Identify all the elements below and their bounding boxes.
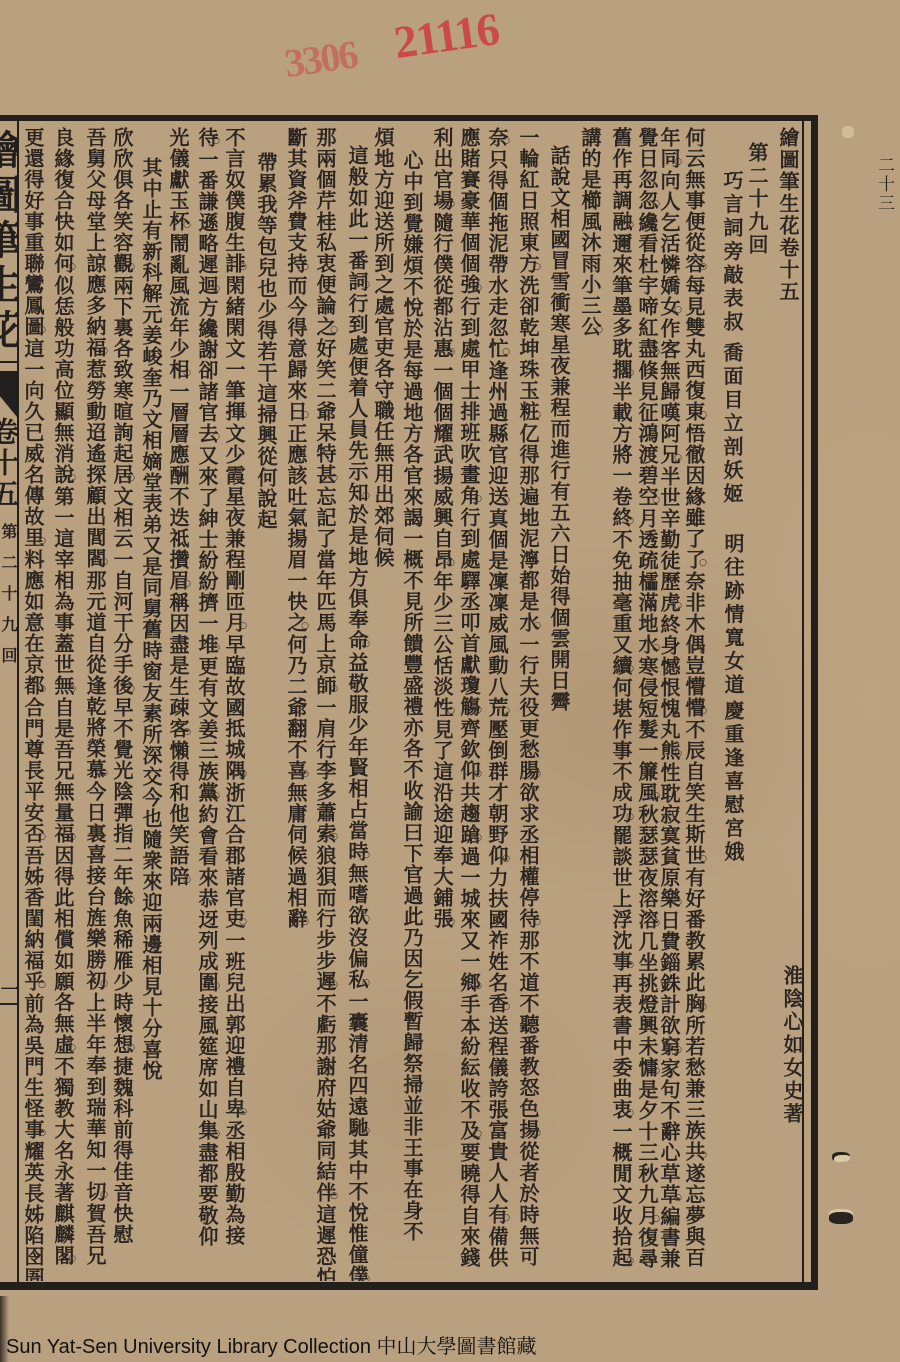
punctuation-mark: ○ [673,1193,682,1203]
punctuation-mark: ○ [501,136,510,146]
punctuation-mark: ○ [673,305,682,315]
punctuation-mark: ○ [211,432,220,442]
punctuation-mark: ○ [211,284,220,294]
text-column: 講的是櫛風沐雨小三公○ [577,127,603,1281]
punctuation-mark: ○ [501,854,510,864]
punctuation-mark: ○ [238,917,247,927]
punctuation-mark: ○ [532,1128,541,1138]
punctuation-mark: ○ [361,491,370,501]
punctuation-mark: ○ [651,643,660,653]
punctuation-mark: ○ [126,684,135,694]
library-stamp-number: 21116 [391,2,502,69]
punctuation-mark: ○ [37,832,46,842]
spine-page-number: 一 [0,979,17,999]
punctuation-mark: ○ [182,579,191,589]
punctuation-mark: ○ [625,220,634,230]
punctuation-mark: ○ [651,347,660,357]
punctuation-mark: ○ [329,1191,338,1201]
spine: 繪圖筆生花 卷十五 第二十九回 一 [0,121,17,1282]
punctuation-mark: ○ [182,220,191,230]
punctuation-mark: ○ [67,1254,76,1264]
punctuation-mark: ○ [532,917,541,927]
punctuation-mark: ○ [698,558,707,568]
book-title: 繪圖筆生花卷十五 [775,127,801,327]
text-column: 光儀獻玉杯○鬧亂風流年少相○一層層應酬不迭祗攢眉○稱因盡是生疎客○懶得和他笑語陪… [165,127,191,1281]
punctuation-mark: ○ [238,769,247,779]
spine-book-title: 繪圖筆生花 [0,129,17,354]
punctuation-mark: ○ [446,199,455,209]
frame-right-border [811,115,818,1290]
punctuation-mark: ○ [473,283,482,293]
punctuation-mark: ○ [532,621,541,631]
library-stamp-faint: 3306 [281,30,359,87]
punctuation-mark: ○ [238,262,247,272]
text-column: 不言奴僕腹生誹○閑緒閑文一筆揮○文少霞星夜兼程剛匝月○早臨故國抵城隅○浙江合郡諸… [221,127,247,1281]
punctuation-mark: ○ [698,706,707,716]
punctuation-mark: ○ [446,558,455,568]
punctuation-mark: ○ [673,453,682,463]
punctuation-mark: ○ [238,410,247,420]
punctuation-mark: ○ [625,812,634,822]
text-column: 心中到覺嫌煩不悅於是每過地方各官來謁一概不見所饋豐盛禮亦各不收諭曰下官過此乃因乞… [399,150,425,1281]
punctuation-mark: ○ [446,917,455,927]
spine-divider-line [17,121,19,1282]
punctuation-mark: ○ [532,262,541,272]
punctuation-mark: ○ [361,1126,370,1136]
text-column: 其中止有新科解元姜峻奎乃文相嫡堂表弟又是同舅舊時窗友素所深交今也隨衆來迎兩邊相見… [138,157,164,1281]
punctuation-mark: ○ [182,727,191,737]
punctuation-mark: ○ [126,895,135,905]
author-credit: 淮陰心如女史著 [779,965,805,1145]
punctuation-mark: ○ [37,536,46,546]
spine-fishtail-mark [0,371,17,417]
punctuation-mark: ○ [446,347,455,357]
text-column: 斷其資斧費支持○而今得意歸來日○正應該吐氣揚眉一快之○何乃二爺翻不喜○無庸伺候過… [283,127,309,1281]
punctuation-mark: ○ [99,557,108,567]
punctuation-mark: ○ [473,981,482,991]
handwritten-margin-note: 二十三 [872,156,897,213]
text-column: 利出官場○隨行僕從都沾惠○一個個耀武揚威興自昂○年少三公恬淡性○見了這沿途迎奉大… [429,127,455,1281]
punctuation-mark: ○ [698,410,707,420]
text-column: 待○一番謙遜略遲迴○方纔謝卻諸官去○又來了紳士紛紛擠一堆○更有文姜三族黨○約會看… [194,127,220,1281]
punctuation-mark: ○ [361,914,370,924]
punctuation-mark: ○ [361,850,370,860]
punctuation-mark: ○ [300,262,309,272]
punctuation-mark: ○ [211,1129,220,1139]
punctuation-mark: ○ [594,325,603,335]
spine-rule-top [0,361,17,363]
punctuation-mark: ○ [182,368,191,378]
punctuation-mark: ○ [126,262,135,272]
wormhole-mark [842,126,854,138]
frame-bottom-border [0,1282,818,1290]
frame-top-border [0,115,818,121]
chapter-couplet: 慶重逢喜慰宮娥 [720,700,746,870]
punctuation-mark: ○ [651,918,660,928]
punctuation-mark: ○ [698,854,707,864]
punctuation-mark: ○ [673,601,682,611]
punctuation-mark: ○ [446,706,455,716]
spine-rule-bottom [0,1003,17,1005]
chapter-couplet: 巧言詞旁敲表叔 [719,170,745,340]
punctuation-mark: ○ [625,960,634,970]
punctuation-mark: ○ [329,684,338,694]
punctuation-mark: ○ [99,1190,108,1200]
punctuation-mark: ○ [67,262,76,272]
punctuation-mark: ○ [99,346,108,356]
punctuation-mark: ○ [651,1066,660,1076]
punctuation-mark: ○ [501,706,510,716]
punctuation-mark: ○ [126,1043,135,1053]
punctuation-mark: ○ [211,981,220,991]
punctuation-mark: ○ [651,495,660,505]
punctuation-mark: ○ [625,664,634,674]
punctuation-mark: ○ [673,897,682,907]
text-column: 話說文相國冒雪衝寒星夜兼程而進行有五六日始得個雲開日霽 [546,145,572,1281]
text-column: 舊作再調融○邇來筆墨多耽擱○半載方將一卷終○不免抽毫重又續○何堪作事不成功○罷談… [608,127,634,1281]
punctuation-mark: ○ [473,833,482,843]
punctuation-mark: ○ [211,136,220,146]
punctuation-mark: ○ [698,262,707,272]
punctuation-mark: ○ [625,1108,634,1118]
collection-watermark: Sun Yat-Sen University Library Collectio… [6,1330,537,1359]
punctuation-mark: ○ [651,199,660,209]
punctuation-mark: ○ [300,769,309,779]
punctuation-mark: ○ [473,1129,482,1139]
punctuation-mark: ○ [625,1256,634,1266]
chapter-couplet: 明往跡情寬女道 [720,533,746,703]
punctuation-mark: ○ [329,832,338,842]
punctuation-mark: ○ [67,684,76,694]
punctuation-mark: ○ [625,516,634,526]
punctuation-mark: ○ [673,749,682,759]
punctuation-mark: ○ [211,791,220,801]
punctuation-mark: ○ [625,368,634,378]
chapter-couplet: 喬面目立剖妖姬 [719,342,745,512]
punctuation-mark: ○ [99,979,108,989]
text-column: 那兩個芹桂私衷便論之○好笑二爺呆特甚○忘記了當年匹馬上京師○一肩行李多蕭索○狼狽… [312,127,338,1281]
text-column: 奈○只得個拖泥帶水走忽忙○逢州過縣官迎送○真個是凜凜威風動八荒○壓倒群才朝野仰○… [484,127,510,1281]
punctuation-mark: ○ [238,1107,247,1117]
wormhole-mark [829,1212,853,1224]
punctuation-mark: ○ [99,768,108,778]
text-column: 欣欣俱各笑容觀○兩下裏各致寒暄詢起居○文相云一自河干分手後○早不覺光陰彈指二年餘… [109,127,135,1281]
punctuation-mark: ○ [238,621,247,631]
punctuation-mark: ○ [532,769,541,779]
spine-volume: 卷十五 [0,417,17,510]
punctuation-mark: ○ [532,410,541,420]
text-column: 更還得好事重聯鸞鳳圖○這一向久已威名傳故里○料應如意在京都○合門尊長平安否○吾姊… [20,127,46,1281]
wormhole-mark [832,1152,850,1162]
punctuation-mark: ○ [698,1002,707,1012]
punctuation-mark: ○ [182,875,191,885]
punctuation-mark: ○ [67,1043,76,1053]
punctuation-mark: ○ [361,1274,370,1281]
punctuation-mark: ○ [501,347,510,357]
punctuation-mark: ○ [126,473,135,483]
punctuation-mark: ○ [473,705,482,715]
punctuation-mark: ○ [67,473,76,483]
text-column: 良緣復合快如何○似恁般功高位顯無消說○第一這宰相為事蓋世無○自是吾兄無量福○因得… [50,127,76,1281]
punctuation-mark: ○ [501,1213,510,1223]
punctuation-mark: ○ [37,1128,46,1138]
punctuation-mark: ○ [651,1214,660,1224]
punctuation-mark: ○ [37,684,46,694]
punctuation-mark: ○ [651,791,660,801]
punctuation-mark: ○ [300,410,309,420]
spine-chapter: 第二十九回 [0,523,17,678]
punctuation-mark: ○ [698,1150,707,1160]
punctuation-mark: ○ [361,978,370,988]
punctuation-mark: ○ [37,980,46,990]
text-column: 吾舅父母堂上諒應多納福○惹勞動迢遙探顧出閭閻○那元道自從逢乾將榮慕○今日裏喜接台… [82,127,108,1281]
punctuation-mark: ○ [300,917,309,927]
punctuation-mark: ○ [329,980,338,990]
text-column: 這般如此一番詞○行到處便着人員先示知○於是地方俱奉命○益敬服少年賢相占當時○無嗜… [344,145,370,1281]
punctuation-mark: ○ [329,325,338,335]
punctuation-mark: ○ [67,832,76,842]
punctuation-mark: ○ [361,280,370,290]
punctuation-mark: ○ [473,494,482,504]
chapter-number: 第二十九回 [744,142,770,272]
text-column: 煩地方迎送所到之處官吏各守職任無用出郊伺候 [370,127,396,1281]
punctuation-mark: ○ [300,621,309,631]
punctuation-mark: ○ [37,325,46,335]
text-column: 帶累我等包兒也少得若干這掃興從何說起 [253,152,279,1281]
punctuation-mark: ○ [501,495,510,505]
punctuation-mark: ○ [473,769,482,779]
text-column: 覺日忽忽○纔看杜宇啼紅盡○倏見征鴻渡碧空○月透疏櫺滿地水○寒侵短髮一簾風○秋瑟瑟… [634,127,660,1281]
punctuation-mark: ○ [211,643,220,653]
punctuation-mark: ○ [329,473,338,483]
punctuation-mark: ○ [673,157,682,167]
text-column: 何云無事便從容○每見雙丸西復東○悟徹因緣雖了了○奈非木偶豈懵懵○不辰自笑生斯世○… [681,127,707,1281]
text-column: 應賭賽豪華個個強○行到處甲士排班吹畫角○行到處驛丞叩首獻瓊觴○齊欽仰○共趨蹌○過… [456,127,482,1281]
text-column: 一輪紅日照東方○洗卻乾坤珠玉粧○亿得那遍地泥濘都是水○一行夫役更愁腸○欲求丞相權… [515,127,541,1281]
punctuation-mark: ○ [501,1002,510,1012]
punctuation-mark: ○ [361,639,370,649]
punctuation-mark: ○ [673,1045,682,1055]
